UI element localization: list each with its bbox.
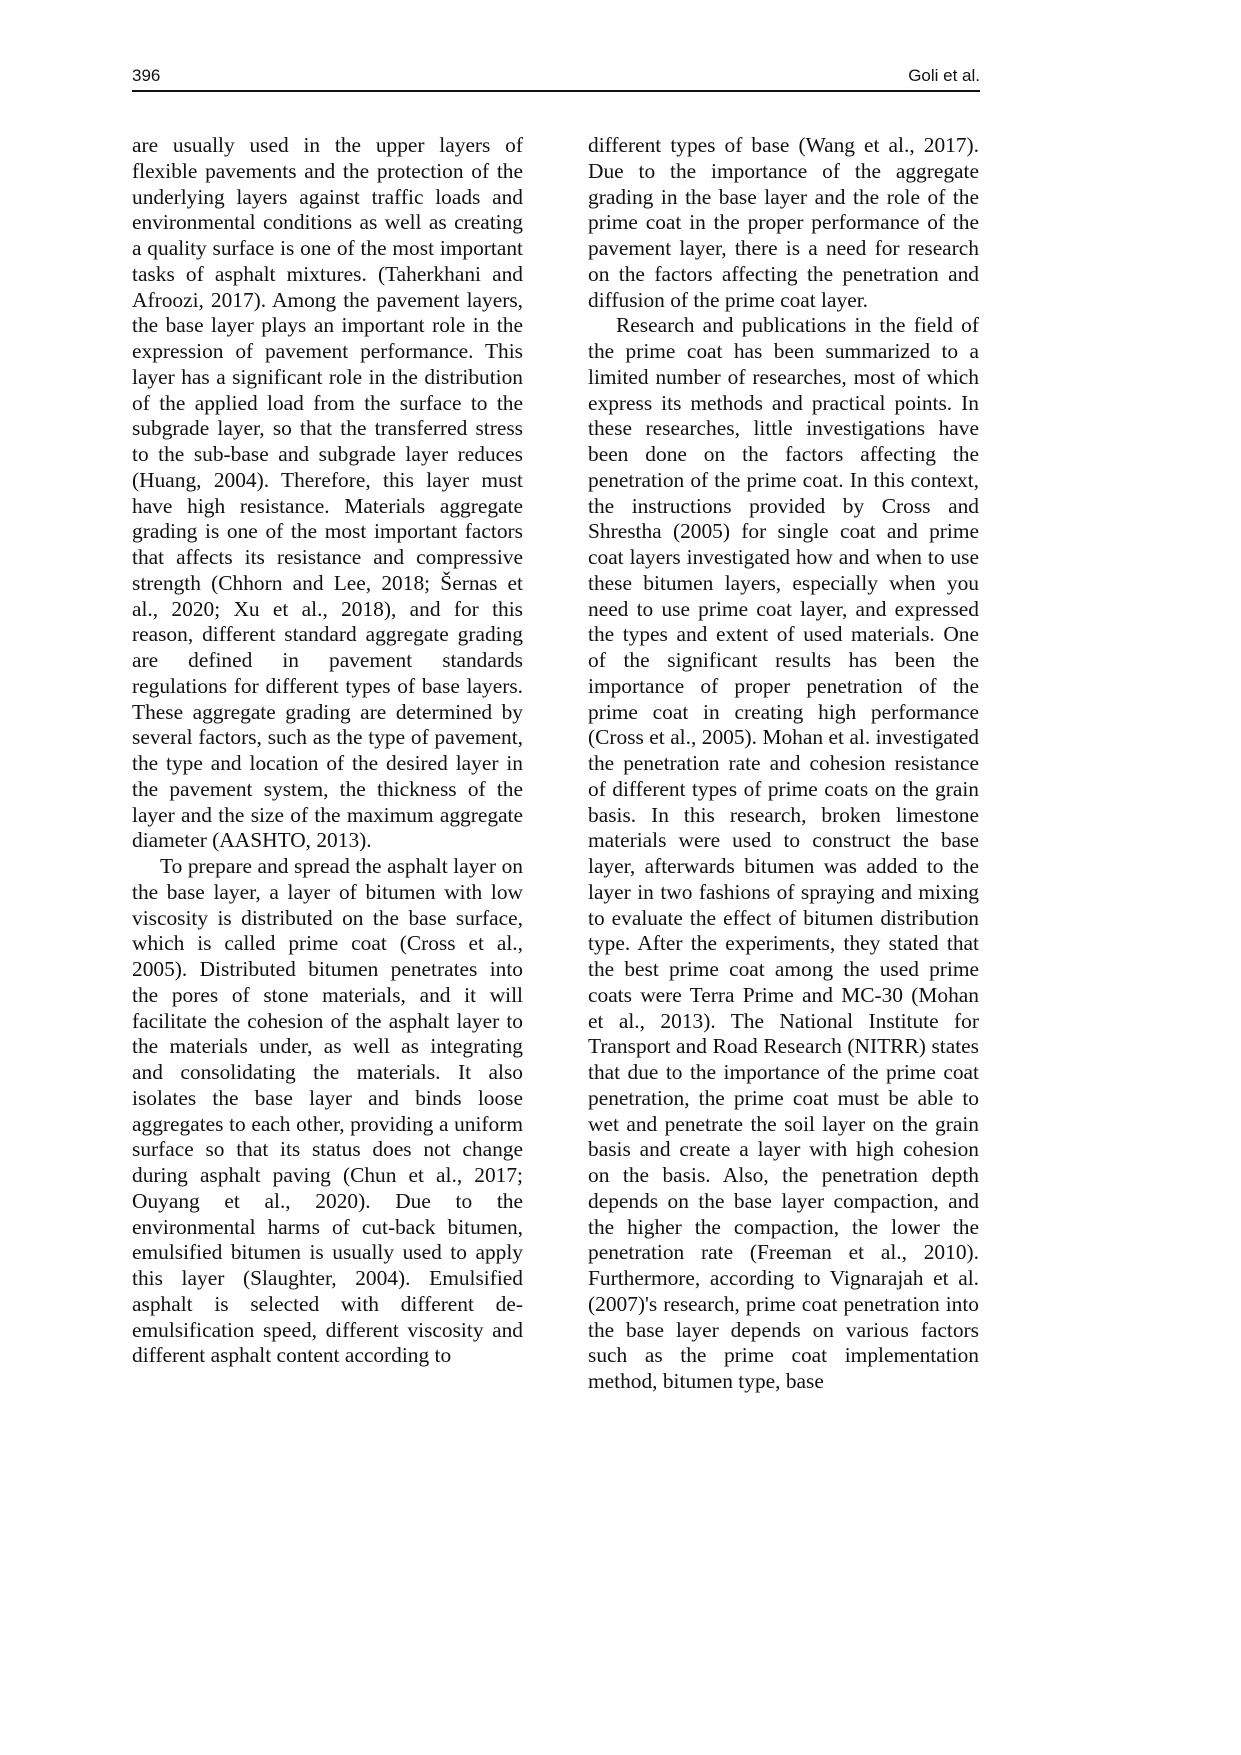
left-column: are usually used in the upper layers of … <box>132 133 523 1369</box>
body-paragraph: Research and publications in the field o… <box>588 313 979 1395</box>
body-paragraph: are usually used in the upper layers of … <box>132 133 523 854</box>
body-paragraph: To prepare and spread the asphalt layer … <box>132 854 523 1369</box>
right-column: different types of base (Wang et al., 20… <box>588 133 979 1395</box>
running-head-authors: Goli et al. <box>908 66 980 86</box>
page-number: 396 <box>132 66 160 86</box>
paper-page: 396 Goli et al. are usually used in the … <box>0 0 1241 1755</box>
body-paragraph: different types of base (Wang et al., 20… <box>588 133 979 313</box>
running-header: 396 Goli et al. <box>132 66 980 92</box>
